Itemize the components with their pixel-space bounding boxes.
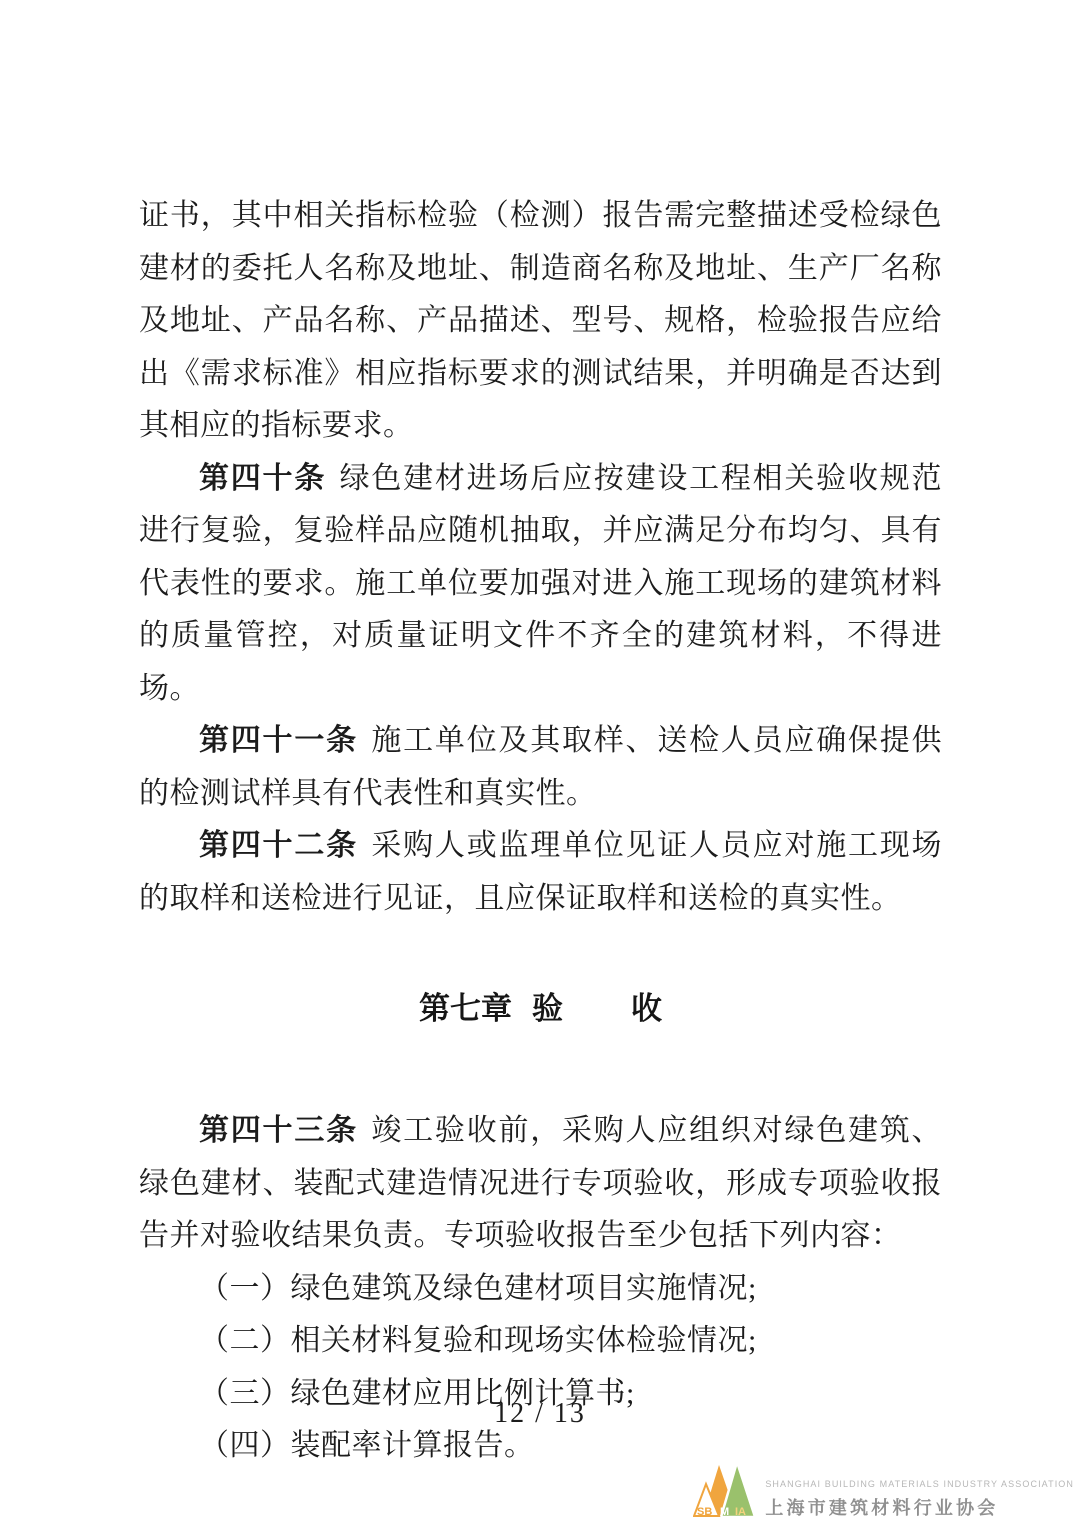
article-40-text: 绿色建材进场后应按建设工程相关验收规范进行复验，复验样品应随机抽取，并应满足分布…: [139, 462, 942, 705]
list-item-2: （二）相关材料复验和现场实体检验情况;: [139, 1315, 942, 1368]
document-page: 证书，其中相关指标检验（检测）报告需完整描述受检绿色建材的委托人名称及地址、制造…: [0, 0, 1080, 1527]
article-43-number: 第四十三条: [199, 1114, 358, 1147]
article-42-number: 第四十二条: [199, 829, 358, 862]
association-logo: SB M IA SHANGHAI BUILDING MATERIALS INDU…: [693, 1458, 1074, 1522]
chapter-heading: 第七章验收: [139, 983, 942, 1035]
article-41: 第四十一条施工单位及其取样、送检人员应确保提供的检测试样具有代表性和真实性。: [139, 715, 942, 820]
article-41-number: 第四十一条: [199, 724, 358, 757]
paragraph-text: 证书，其中相关指标检验（检测）报告需完整描述受检绿色建材的委托人名称及地址、制造…: [139, 199, 942, 442]
chapter-word-1: 验: [532, 991, 563, 1026]
logo-letters-left: SB: [697, 1506, 712, 1518]
article-40: 第四十条绿色建材进场后应按建设工程相关验收规范进行复验，复验样品应随机抽取，并应…: [139, 453, 942, 716]
association-logo-text: SHANGHAI BUILDING MATERIALS INDUSTRY ASS…: [765, 1479, 1074, 1522]
acceptance-report-list: （一）绿色建筑及绿色建材项目实施情况; （二）相关材料复验和现场实体检验情况; …: [139, 1263, 942, 1473]
chapter-label: 第七章: [419, 991, 512, 1026]
logo-letters-mid: M: [720, 1506, 729, 1518]
article-43: 第四十三条竣工验收前，采购人应组织对绿色建筑、绿色建材、装配式建造情况进行专项验…: [139, 1105, 942, 1263]
article-42: 第四十二条采购人或监理单位见证人员应对施工现场的取样和送检进行见证，且应保证取样…: [139, 820, 942, 925]
association-name-english: SHANGHAI BUILDING MATERIALS INDUSTRY ASS…: [765, 1479, 1074, 1489]
page-number: 12 / 13: [0, 1398, 1080, 1430]
document-body: 证书，其中相关指标检验（检测）报告需完整描述受检绿色建材的委托人名称及地址、制造…: [139, 190, 942, 1473]
list-item-1: （一）绿色建筑及绿色建材项目实施情况;: [139, 1263, 942, 1316]
chapter-word-2: 收: [631, 991, 662, 1026]
sbmia-logo-icon: SB M IA: [693, 1458, 757, 1522]
paragraph-continuation: 证书，其中相关指标检验（检测）报告需完整描述受检绿色建材的委托人名称及地址、制造…: [139, 190, 942, 453]
article-40-number: 第四十条: [199, 462, 326, 495]
logo-letters-right: IA: [735, 1506, 746, 1518]
association-name-chinese: 上海市建筑材料行业协会: [765, 1494, 1074, 1520]
